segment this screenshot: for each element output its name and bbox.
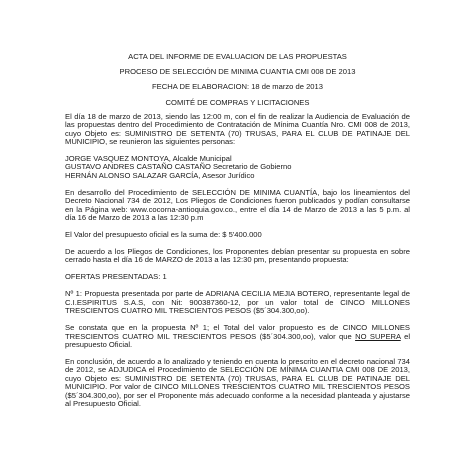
intro-paragraph: El día 18 de marzo de 2013, siendo las 1… [65, 113, 410, 147]
verification-paragraph: Se constata que en la propuesta Nº 1; el… [65, 324, 410, 349]
not-exceed-emphasis: NO SUPERA [355, 332, 401, 341]
process-heading: PROCESO DE SELECCIÓN DE MINIMA CUANTIA C… [65, 67, 410, 76]
attendees-list: JORGE VASQUEZ MONTOYA, Alcalde Municipal… [65, 155, 410, 180]
committee-heading: COMITÉ DE COMPRAS Y LICITACIONES [65, 98, 410, 107]
development-paragraph: En desarrollo del Procedimiento de SELEC… [65, 189, 410, 223]
document-page: ACTA DEL INFORME DE EVALUACION DE LAS PR… [65, 52, 410, 408]
attendee: HERNÁN ALONSO SALAZAR GARCÍA, Asesor Jur… [65, 172, 410, 180]
offers-count: OFERTAS PRESENTADAS: 1 [65, 273, 410, 281]
date-heading: FECHA DE ELABORACION: 18 de marzo de 201… [65, 82, 410, 91]
conclusion-paragraph: En conclusión, de acuerdo a lo analizado… [65, 358, 410, 408]
document-title: ACTA DEL INFORME DE EVALUACION DE LAS PR… [65, 52, 410, 61]
offer-1-paragraph: Nº 1: Propuesta presentada por parte de … [65, 290, 410, 315]
submission-paragraph: De acuerdo a los Pliegos de Condiciones,… [65, 248, 410, 265]
budget-paragraph: El Valor del presupuesto oficial es la s… [65, 231, 410, 239]
